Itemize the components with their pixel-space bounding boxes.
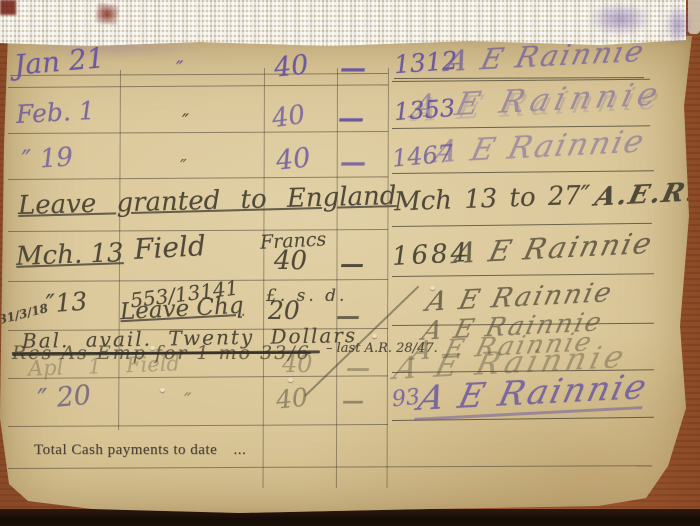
entry-signature: A E Rainnie: [409, 78, 666, 123]
entry-cents-dash: —: [340, 252, 364, 276]
footer-label: Total Cash payments to date: [34, 442, 217, 458]
entry-ditto: ″: [182, 112, 189, 131]
paper-speck: [288, 378, 293, 382]
entry-date: Feb. 1: [15, 98, 95, 127]
ink-smudge: [588, 2, 652, 36]
entry-amount: 40: [275, 144, 312, 174]
entry-date: ″ 20: [37, 382, 92, 414]
entry-cents-dash: —: [340, 150, 366, 176]
entry-signature: A E Rainnie: [414, 370, 652, 421]
entry-ditto: ″: [184, 390, 191, 410]
footer-row: Total Cash payments to date ...: [34, 442, 246, 459]
red-ink-mark: [0, 0, 16, 15]
entry-date: ″13: [45, 289, 88, 317]
rule-line: [8, 465, 652, 469]
book-bottom-edge: [0, 509, 700, 526]
entry-ditto: ″: [176, 58, 183, 78]
entry-amount: 40: [282, 352, 313, 376]
rule-line: [392, 223, 652, 227]
entry-cents-dash: —: [340, 56, 366, 82]
entry-date: ″ 19: [21, 144, 74, 173]
ledger-page: Jan 21 ″ 40 — 1312 A E Rainnie Feb. 1 ″ …: [0, 36, 692, 516]
entry-signature: A E Rainnie: [431, 127, 648, 169]
entry-amount: 40: [275, 384, 309, 412]
rule-line: [392, 170, 654, 174]
entry-cents-dash: —: [338, 106, 364, 132]
entry-amount: 40: [274, 248, 307, 274]
leave-note-right: Mch 13 to 27″: [394, 183, 592, 216]
rule-line: [8, 131, 388, 134]
red-ink-mark: [95, 3, 120, 26]
leave-note-left: Leave granted to England: [18, 183, 397, 219]
entry-ditto: ″: [180, 158, 187, 176]
paybook-photo: Jan 21 ″ 40 — 1312 A E Rainnie Feb. 1 ″ …: [0, 0, 700, 526]
entry-description: Field: [133, 232, 206, 264]
paper-speck: [160, 388, 165, 392]
entry-amount: 40: [270, 102, 306, 132]
entry-cents-dash: —: [346, 356, 370, 380]
faint-entry: Apl 1 Field: [28, 353, 181, 379]
entry-description: Leave Chq: [119, 295, 244, 324]
rule-line: [8, 84, 388, 88]
entry-amount: 40: [273, 51, 310, 81]
leave-note-initials: A.E.R.: [592, 179, 700, 210]
paper-speck: [430, 286, 435, 290]
entry-cents-dash: —: [342, 390, 364, 412]
paper-speck: [372, 334, 377, 338]
footer-dots: ...: [234, 442, 247, 458]
entry-amount: 20: [268, 298, 300, 323]
rule-line: [8, 424, 388, 427]
rule-line: [8, 176, 388, 180]
entry-date: Mch. 13: [16, 240, 124, 270]
margin-date-note: 31/3/18: [0, 302, 49, 326]
entry-signature: A E Rainnie: [451, 229, 656, 268]
ink-smudge: [664, 4, 692, 46]
paper-speck: [150, 346, 155, 350]
